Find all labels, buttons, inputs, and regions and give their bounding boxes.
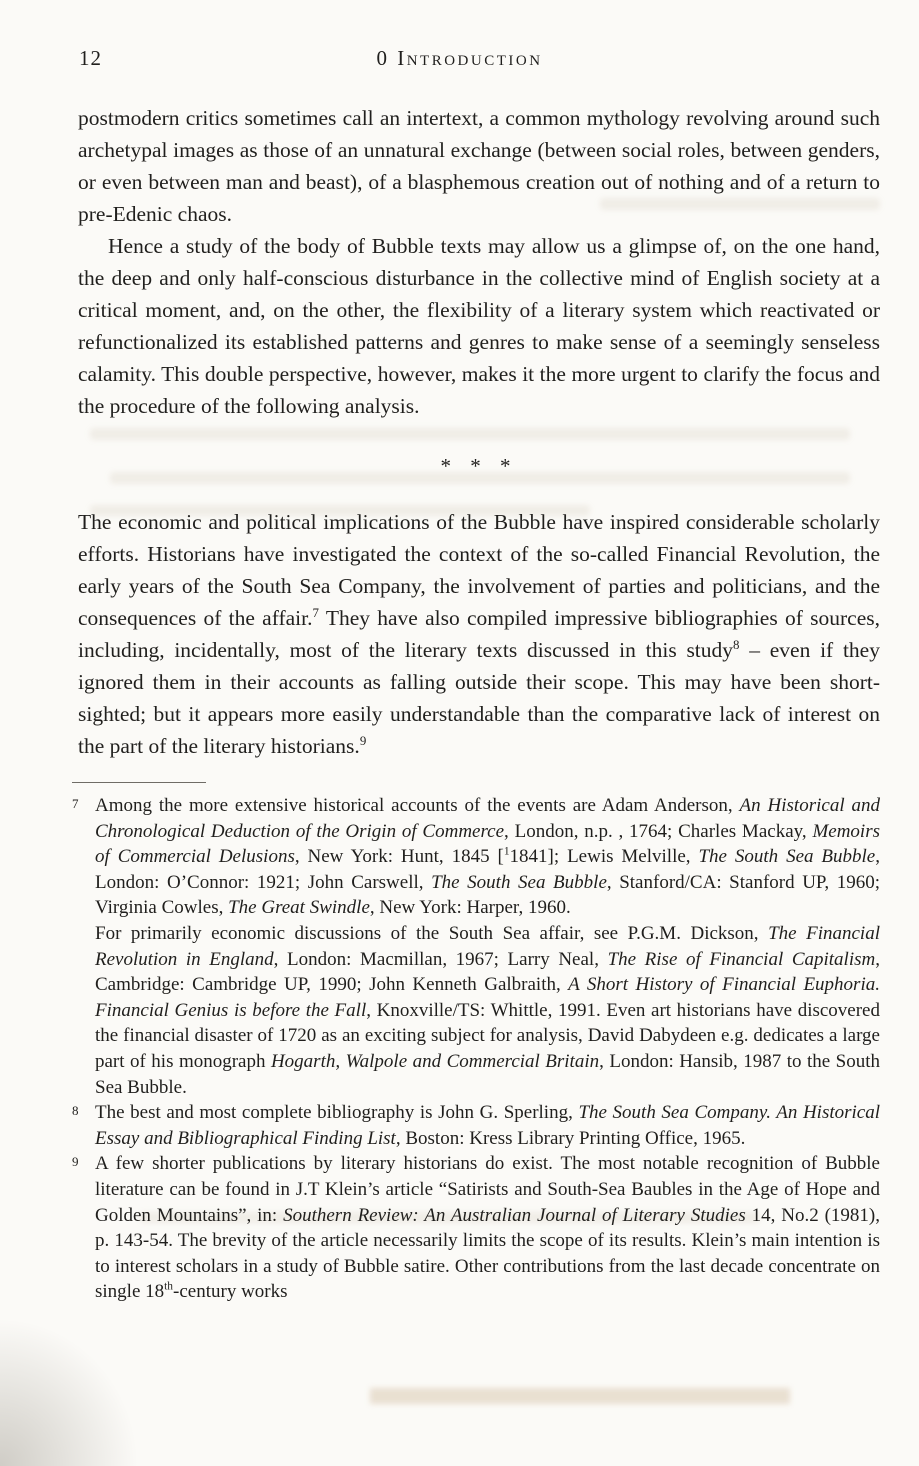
footnotes: 7 Among the more extensive historical ac… [72, 793, 880, 1305]
page-number: 12 [79, 46, 102, 71]
footnote-marker: 9 [72, 1149, 79, 1175]
footnote-text: A few shorter publications by literary h… [95, 1151, 880, 1305]
footnote-9: 9 A few shorter publications by literary… [72, 1151, 880, 1305]
footnote-rule [72, 782, 206, 783]
page-header: 12 0 Introduction [0, 46, 919, 76]
footnote-7: 7 Among the more extensive historical ac… [72, 793, 880, 1100]
footnote-text: For primarily economic discussions of th… [95, 921, 880, 1100]
showthrough-ghost [370, 1388, 790, 1404]
paragraph: postmodern critics sometimes call an int… [78, 102, 880, 230]
page-corner-shadow [0, 1306, 150, 1466]
body-text: postmodern critics sometimes call an int… [78, 102, 880, 762]
footnote-text: Among the more extensive historical acco… [95, 793, 880, 921]
footnote-8: 8 The best and most complete bibliograph… [72, 1100, 880, 1151]
book-page: 12 0 Introduction postmodern critics som… [0, 0, 919, 1466]
section-separator: * * * [78, 450, 880, 482]
running-header: 0 Introduction [0, 46, 919, 71]
paragraph: Hence a study of the body of Bubble text… [78, 230, 880, 422]
paragraph: The economic and political implications … [78, 506, 880, 762]
footnote-marker: 7 [72, 791, 79, 817]
footnote-text: The best and most complete bibliography … [95, 1100, 880, 1151]
footnote-marker: 8 [72, 1098, 79, 1124]
